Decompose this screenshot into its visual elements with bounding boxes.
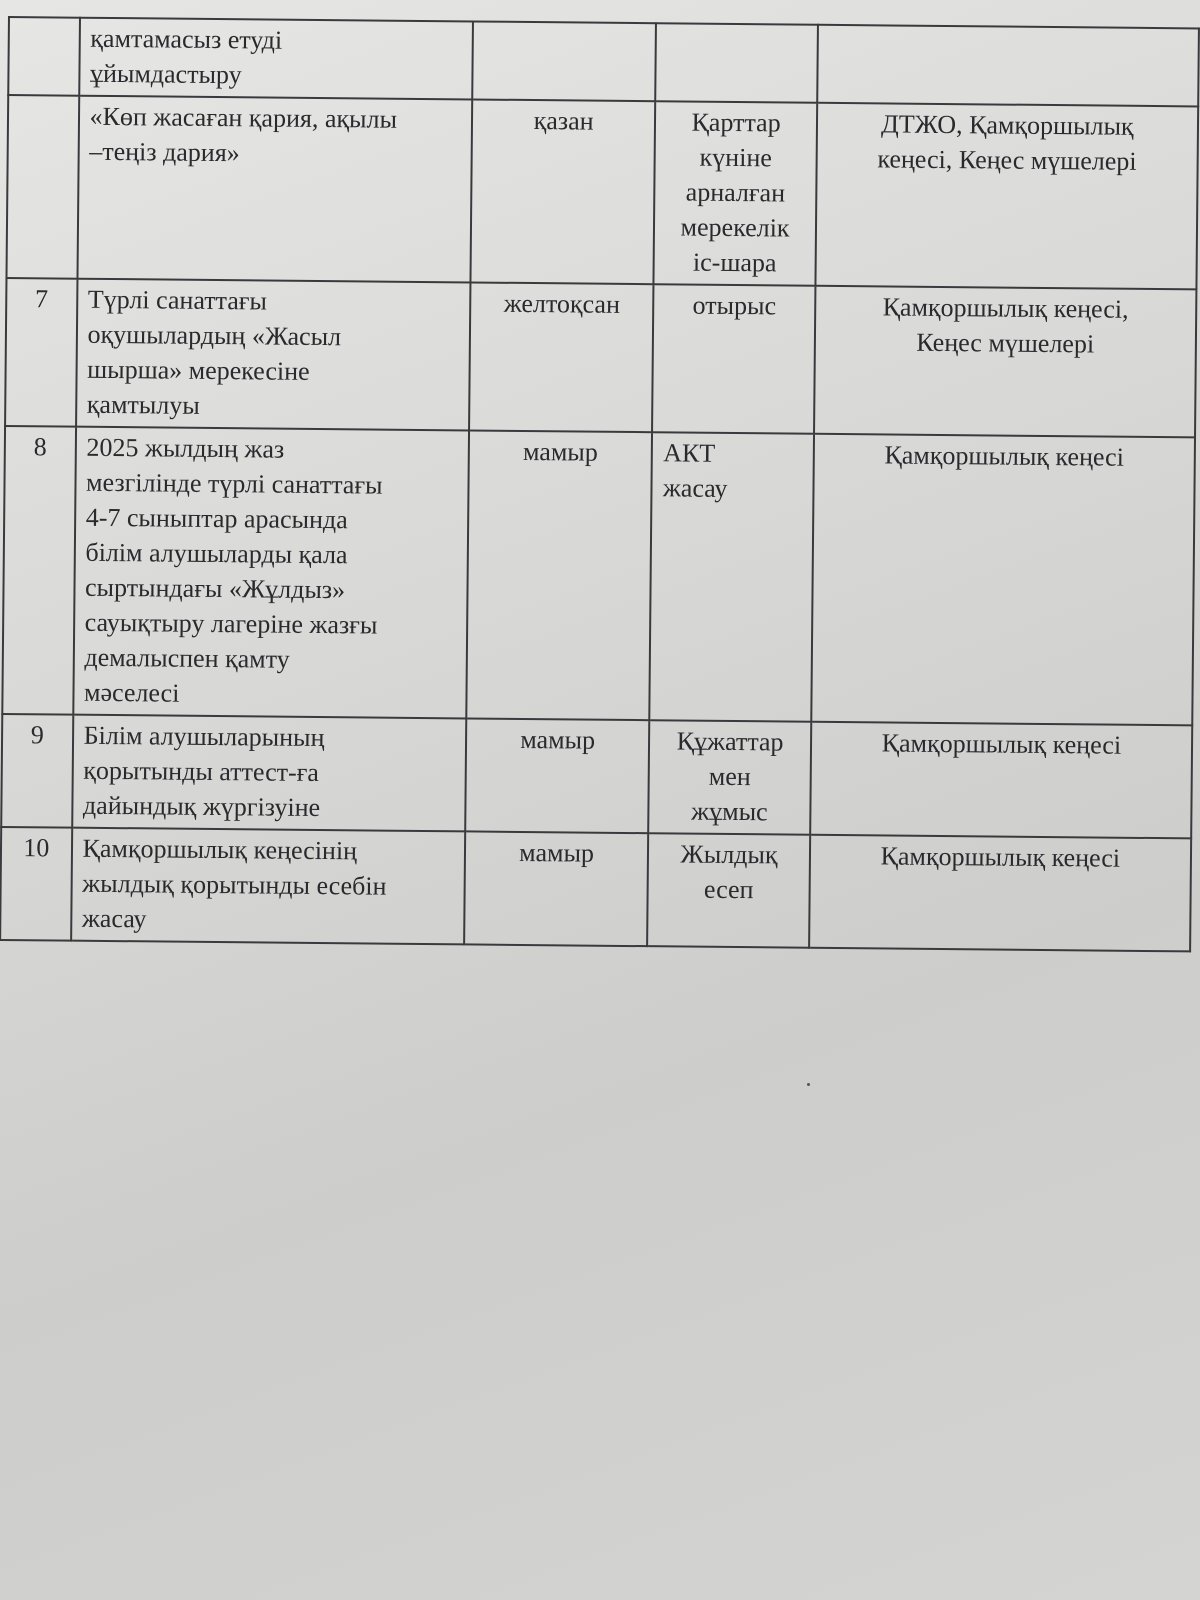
table-row: 9 Білім алушыларының қорытынды аттест-ға… <box>1 714 1192 838</box>
plan-table: қамтамасыз етуді ұйымдастыру «Көп жасаға… <box>0 16 1200 952</box>
responsible-line: ДТЖО, Қамқоршылық <box>828 106 1188 144</box>
responsible-line: Қамқоршылық кеңесі <box>822 725 1182 763</box>
row-number <box>8 17 79 96</box>
form-line: мерекелік <box>665 209 805 245</box>
event-cell: қамтамасыз етуді ұйымдастыру <box>79 18 473 100</box>
document-page: қамтамасыз етуді ұйымдастыру «Көп жасаға… <box>0 0 1200 1600</box>
form-cell: отырыс <box>652 284 815 434</box>
row-number <box>6 95 78 279</box>
event-line: қорытынды аттест-ға <box>83 753 455 792</box>
form-line: күніне <box>666 139 806 175</box>
table-row: 10 Қамқоршылық кеңесінің жылдық қорытынд… <box>0 827 1191 951</box>
event-cell: Білім алушыларының қорытынды аттест-ға д… <box>72 715 466 832</box>
row-number: 8 <box>2 426 75 715</box>
form-line: Қарттар <box>666 104 806 140</box>
form-cell: Құжаттар мен жұмыс <box>649 720 811 835</box>
event-cell: 2025 жылдың жаз мезгілінде түрлі санатта… <box>73 427 469 719</box>
form-line: жасау <box>663 470 803 506</box>
event-line: –теңіз дария» <box>89 134 461 173</box>
event-line: Қамқоршылық кеңесінің <box>82 831 454 870</box>
responsible-line: Кеңес мүшелері <box>825 324 1185 362</box>
event-cell: Түрлі санаттағы оқушылардың «Жасыл шырша… <box>76 279 471 431</box>
form-cell: АКТ жасау <box>650 432 814 722</box>
form-line: Жылдық <box>659 836 799 872</box>
form-cell <box>656 23 818 103</box>
form-line: отырыс <box>664 287 804 323</box>
date-cell: мамыр <box>465 718 650 833</box>
row-number: 7 <box>5 278 77 427</box>
event-line: Түрлі санаттағы <box>88 282 460 321</box>
event-line: «Көп жасаған қария, ақылы <box>89 99 461 138</box>
event-line: жылдық қорытынды есебін <box>82 866 454 905</box>
event-line: 2025 жылдың жаз <box>86 430 458 469</box>
date-cell: мамыр <box>466 430 652 720</box>
table-row: 8 2025 жылдың жаз мезгілінде түрлі санат… <box>2 426 1195 725</box>
form-line: жұмыс <box>660 793 800 829</box>
responsible-cell <box>817 25 1199 107</box>
event-line: оқушылардың «Жасыл <box>87 317 459 356</box>
form-cell: Жылдық есеп <box>648 833 810 948</box>
event-line: қамтамасыз етуді <box>90 21 462 60</box>
event-line: шырша» мерекесіне <box>87 352 459 391</box>
responsible-cell: Қамқоршылық кеңесі <box>810 722 1192 839</box>
event-line: жасау <box>82 901 454 940</box>
row-number: 10 <box>0 827 72 941</box>
responsible-cell: Қамқоршылық кеңесі, Кеңес мүшелері <box>814 286 1197 438</box>
event-cell: Қамқоршылық кеңесінің жылдық қорытынды е… <box>71 828 465 945</box>
event-line: ұйымдастыру <box>90 56 462 95</box>
responsible-cell: ДТЖО, Қамқоршылық кеңесі, Кеңес мүшелері <box>815 103 1198 290</box>
event-line: Білім алушыларының <box>84 718 456 757</box>
form-cell: Қарттар күніне арналған мерекелік іс-шар… <box>654 101 817 286</box>
event-line: сыртындағы «Жұлдыз» <box>85 570 457 609</box>
form-line: іс-шара <box>665 244 805 280</box>
responsible-line: кеңесі, Кеңес мүшелері <box>827 141 1187 179</box>
form-line: АКТ <box>663 435 803 471</box>
event-line: демалыспен қамту <box>84 640 456 679</box>
responsible-line: Қамқоршылық кеңесі <box>821 838 1181 876</box>
event-line: қамтылуы <box>87 387 459 426</box>
event-line: мезгілінде түрлі санаттағы <box>86 465 458 504</box>
table-row: қамтамасыз етуді ұйымдастыру <box>8 17 1199 106</box>
date-cell <box>472 21 656 101</box>
form-line: есеп <box>659 871 799 907</box>
form-line: Құжаттар <box>660 723 800 759</box>
table-row: 7 Түрлі санаттағы оқушылардың «Жасыл шыр… <box>5 278 1196 437</box>
event-line: мәселесі <box>84 675 456 714</box>
row-number: 9 <box>1 714 73 828</box>
responsible-cell: Қамқоршылық кеңесі <box>811 434 1195 726</box>
responsible-line: Қамқоршылық кеңесі, <box>826 289 1186 327</box>
paper-speck <box>807 1083 810 1086</box>
responsible-cell: Қамқоршылық кеңесі <box>809 835 1191 952</box>
event-line: дайындық жүргізуіне <box>83 788 455 827</box>
date-cell: мамыр <box>464 831 649 946</box>
date-cell: желтоқсан <box>469 282 654 432</box>
event-line: білім алушыларды қала <box>85 535 457 574</box>
event-cell: «Көп жасаған қария, ақылы –теңіз дария» <box>77 96 472 283</box>
event-line: 4-7 сыныптар арасында <box>86 500 458 539</box>
form-line: арналған <box>666 174 806 210</box>
table-row: «Көп жасаған қария, ақылы –теңіз дария» … <box>6 95 1198 289</box>
form-line: мен <box>660 758 800 794</box>
responsible-line: Қамқоршылық кеңесі <box>824 437 1184 475</box>
date-cell: қазан <box>470 99 655 284</box>
event-line: сауықтыру лагеріне жазғы <box>85 605 457 644</box>
